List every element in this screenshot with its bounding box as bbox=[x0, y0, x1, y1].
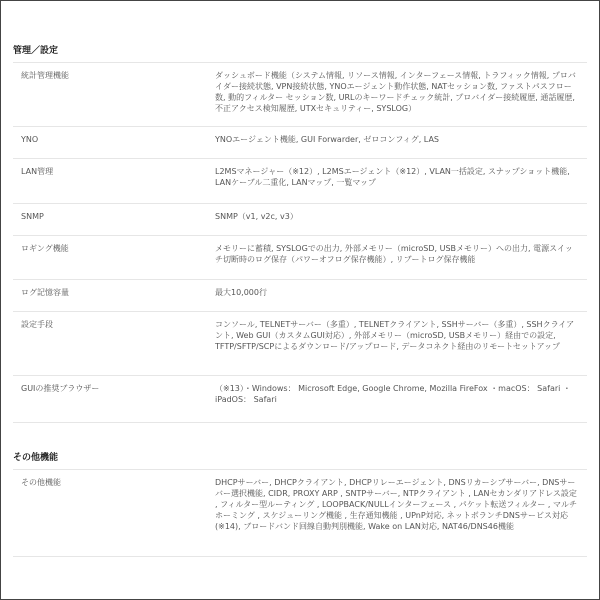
row-value: L2MSマネージャー（※12）, L2MSエージェント（※12）, VLAN一括… bbox=[215, 159, 587, 203]
spec-row-lan-management: LAN管理 L2MSマネージャー（※12）, L2MSエージェント（※12）, … bbox=[13, 159, 587, 204]
page-frame: 管理／設定 統計管理機能 ダッシュボード機能（システム情報, リソース情報, イ… bbox=[0, 0, 600, 600]
row-label: 設定手段 bbox=[13, 312, 215, 375]
row-label: YNO bbox=[13, 127, 215, 158]
spec-row-config-method: 設定手段 コンソール, TELNETサーバー（多重）, TELNETクライアント… bbox=[13, 312, 587, 376]
row-value: ダッシュボード機能（システム情報, リソース情報, インターフェース情報, トラ… bbox=[215, 63, 587, 126]
row-value: DHCPサーバー, DHCPクライアント, DHCPリレーエージェント, DNS… bbox=[215, 470, 587, 556]
row-label: LAN管理 bbox=[13, 159, 215, 203]
row-label: ロギング機能 bbox=[13, 236, 215, 279]
row-value: コンソール, TELNETサーバー（多重）, TELNETクライアント, SSH… bbox=[215, 312, 587, 375]
row-value: （※13）・Windows： Microsoft Edge, Google Ch… bbox=[215, 376, 587, 422]
spec-row-log-capacity: ログ記憶容量 最大10,000行 bbox=[13, 280, 587, 312]
spec-row-snmp: SNMP SNMP（v1, v2c, v3） bbox=[13, 204, 587, 236]
row-label: SNMP bbox=[13, 204, 215, 235]
spec-row-gui-browser: GUIの推奨ブラウザー （※13）・Windows： Microsoft Edg… bbox=[13, 376, 587, 423]
section-other: その他機能 その他機能 DHCPサーバー, DHCPクライアント, DHCPリレ… bbox=[13, 447, 587, 557]
spec-row-yno: YNO YNOエージェント機能, GUI Forwarder, ゼロコンフィグ,… bbox=[13, 127, 587, 159]
row-value: SNMP（v1, v2c, v3） bbox=[215, 204, 587, 235]
row-label: その他機能 bbox=[13, 470, 215, 556]
section-title: その他機能 bbox=[13, 447, 587, 470]
section-management: 管理／設定 統計管理機能 ダッシュボード機能（システム情報, リソース情報, イ… bbox=[13, 40, 587, 423]
spec-row-other-functions: その他機能 DHCPサーバー, DHCPクライアント, DHCPリレーエージェン… bbox=[13, 470, 587, 557]
row-value: 最大10,000行 bbox=[215, 280, 587, 311]
row-label: 統計管理機能 bbox=[13, 63, 215, 126]
row-label: ログ記憶容量 bbox=[13, 280, 215, 311]
spec-row-logging: ロギング機能 メモリーに蓄積, SYSLOGでの出力, 外部メモリー（micro… bbox=[13, 236, 587, 280]
spec-row-statistics: 統計管理機能 ダッシュボード機能（システム情報, リソース情報, インターフェー… bbox=[13, 63, 587, 127]
row-value: メモリーに蓄積, SYSLOGでの出力, 外部メモリー（microSD, USB… bbox=[215, 236, 587, 279]
section-title: 管理／設定 bbox=[13, 40, 587, 63]
row-label: GUIの推奨ブラウザー bbox=[13, 376, 215, 422]
row-value: YNOエージェント機能, GUI Forwarder, ゼロコンフィグ, LAS bbox=[215, 127, 587, 158]
